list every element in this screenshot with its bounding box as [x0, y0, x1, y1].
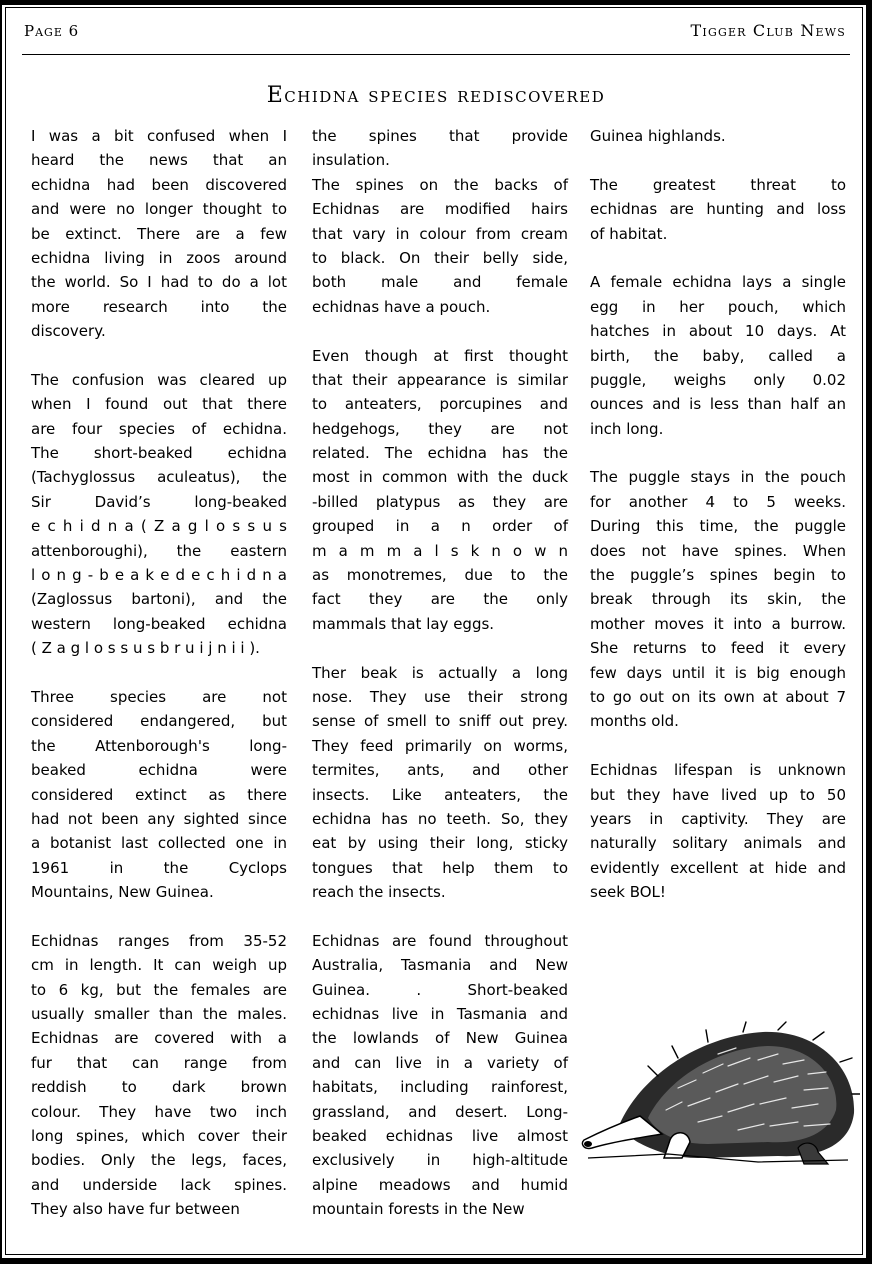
- text-line: echidna had been discovered: [31, 173, 287, 197]
- text-line: The greatest threat to: [590, 173, 846, 197]
- article-column-3: Guinea highlands.The greatest threat toe…: [590, 124, 846, 905]
- text-line: Guinea highlands.: [590, 124, 846, 148]
- text-line: eat by using their long, sticky: [312, 831, 568, 855]
- paragraph-spacer: [312, 319, 568, 343]
- text-line: mammals that lay eggs.: [312, 612, 568, 636]
- article-paragraph: The puggle stays in the pouchfor another…: [590, 465, 846, 733]
- text-line: more research into the: [31, 295, 287, 319]
- text-line: habitats, including rainforest,: [312, 1075, 568, 1099]
- text-line: alpine meadows and humid: [312, 1173, 568, 1197]
- text-line: considered extinct as there: [31, 783, 287, 807]
- text-line: insulation.: [312, 148, 568, 172]
- paragraph-spacer: [590, 734, 846, 758]
- text-line: when I found out that there: [31, 392, 287, 416]
- article-paragraph: Echidnas lifespan is unknownbut they hav…: [590, 758, 846, 904]
- text-line: egg in her pouch, which: [590, 295, 846, 319]
- text-line: to black. On their belly side,: [312, 246, 568, 270]
- text-line: Mountains, New Guinea.: [31, 880, 287, 904]
- text-line: both male and female: [312, 270, 568, 294]
- text-line: I was a bit confused when I: [31, 124, 287, 148]
- paragraph-spacer: [31, 905, 287, 929]
- text-line: seek BOL!: [590, 880, 846, 904]
- text-line: naturally solitary animals and: [590, 831, 846, 855]
- text-line: reach the insects.: [312, 880, 568, 904]
- echidna-illustration-icon: [578, 1018, 860, 1168]
- text-line: and underside lack spines.: [31, 1173, 287, 1197]
- text-line: the lowlands of New Guinea: [312, 1026, 568, 1050]
- text-line: beaked echidnas live almost: [312, 1124, 568, 1148]
- text-line: They feed primarily on worms,: [312, 734, 568, 758]
- text-line: that vary in colour from cream: [312, 222, 568, 246]
- text-line: cm in length. It can weigh up: [31, 953, 287, 977]
- text-line: They also have fur between: [31, 1197, 287, 1221]
- text-line: During this time, the puggle: [590, 514, 846, 538]
- article-paragraph: I was a bit confused when Iheard the new…: [31, 124, 287, 344]
- text-line: fur that can range from: [31, 1051, 287, 1075]
- text-line: evidently excellent at hide and: [590, 856, 846, 880]
- text-line: exclusively in high-altitude: [312, 1148, 568, 1172]
- text-line: puggle, weighs only 0.02: [590, 368, 846, 392]
- page-number-label: Page 6: [24, 22, 79, 40]
- paragraph-spacer: [31, 661, 287, 685]
- article-paragraph: The spines on the backs ofEchidnas are m…: [312, 173, 568, 319]
- text-line: beaked echidna were: [31, 758, 287, 782]
- text-line: echidnas live in Tasmania and: [312, 1002, 568, 1026]
- text-line: usually smaller than the males.: [31, 1002, 287, 1026]
- text-line: sense of smell to sniff out prey.: [312, 709, 568, 733]
- text-line: Even though at first thought: [312, 344, 568, 368]
- text-line: Echidnas lifespan is unknown: [590, 758, 846, 782]
- paragraph-spacer: [590, 148, 846, 172]
- text-line: and can live in a variety of: [312, 1051, 568, 1075]
- text-line: echidnas have a pouch.: [312, 295, 568, 319]
- text-line: a botanist last collected one in: [31, 831, 287, 855]
- newsletter-name: Tigger Club News: [691, 21, 846, 40]
- text-line: Three species are not: [31, 685, 287, 709]
- text-line: and were no longer thought to: [31, 197, 287, 221]
- text-line: grouped in a n order of: [312, 514, 568, 538]
- text-line: termites, ants, and other: [312, 758, 568, 782]
- text-line: fact they are the only: [312, 587, 568, 611]
- text-line: Australia, Tasmania and New: [312, 953, 568, 977]
- text-line: tongues that help them to: [312, 856, 568, 880]
- text-line: years in captivity. They are: [590, 807, 846, 831]
- text-line: for another 4 to 5 weeks.: [590, 490, 846, 514]
- text-line: bodies. Only the legs, faces,: [31, 1148, 287, 1172]
- header-divider: [22, 54, 850, 55]
- text-line: of habitat.: [590, 222, 846, 246]
- text-line: grassland, and desert. Long-: [312, 1100, 568, 1124]
- article-paragraph: Even though at first thoughtthat their a…: [312, 344, 568, 637]
- text-line: Sir David’s long-beaked: [31, 490, 287, 514]
- text-line: e c h i d n a ( Z a g l o s s u s: [31, 514, 287, 538]
- text-line: months old.: [590, 709, 846, 733]
- text-line: Echidnas are found throughout: [312, 929, 568, 953]
- text-line: The spines on the backs of: [312, 173, 568, 197]
- text-line: birth, the baby, called a: [590, 344, 846, 368]
- text-line: had not been any sighted since: [31, 807, 287, 831]
- text-line: few days until it is big enough: [590, 661, 846, 685]
- article-paragraph: The greatest threat toechidnas are hunti…: [590, 173, 846, 246]
- text-line: 1961 in the Cyclops: [31, 856, 287, 880]
- article-column-1: I was a bit confused when Iheard the new…: [31, 124, 287, 1222]
- text-line: most in common with the duck: [312, 465, 568, 489]
- text-line: Echidnas are covered with a: [31, 1026, 287, 1050]
- article-title: Echidna species rediscovered: [0, 83, 872, 108]
- text-line: as monotremes, due to the: [312, 563, 568, 587]
- text-line: Guinea. . Short-beaked: [312, 978, 568, 1002]
- text-line: to anteaters, porcupines and: [312, 392, 568, 416]
- text-line: Ther beak is actually a long: [312, 661, 568, 685]
- text-line: mountain forests in the New: [312, 1197, 568, 1221]
- text-line: inch long.: [590, 417, 846, 441]
- article-column-2: the spines that provideinsulation.The sp…: [312, 124, 568, 1222]
- text-line: ( Z a g l o s s u s b r u i j n i i ).: [31, 636, 287, 660]
- text-line: The confusion was cleared up: [31, 368, 287, 392]
- text-line: (Zaglossus bartoni), and the: [31, 587, 287, 611]
- text-line: A female echidna lays a single: [590, 270, 846, 294]
- text-line: (Tachyglossus aculeatus), the: [31, 465, 287, 489]
- article-paragraph: Echidnas ranges from 35-52cm in length. …: [31, 929, 287, 1222]
- text-line: but they have lived up to 50: [590, 783, 846, 807]
- text-line: does not have spines. When: [590, 539, 846, 563]
- article-paragraph: Ther beak is actually a longnose. They u…: [312, 661, 568, 905]
- text-line: She returns to feed it every: [590, 636, 846, 660]
- text-line: that their appearance is similar: [312, 368, 568, 392]
- text-line: insects. Like anteaters, the: [312, 783, 568, 807]
- text-line: are four species of echidna.: [31, 417, 287, 441]
- text-line: hatches in about 10 days. At: [590, 319, 846, 343]
- text-line: m a m m a l s k n o w n: [312, 539, 568, 563]
- article-paragraph: Echidnas are found throughoutAustralia, …: [312, 929, 568, 1222]
- text-line: to 6 kg, but the females are: [31, 978, 287, 1002]
- text-line: ounces and is less than half an: [590, 392, 846, 416]
- text-line: long spines, which cover their: [31, 1124, 287, 1148]
- text-line: echidna living in zoos around: [31, 246, 287, 270]
- text-line: to go out on its own at about 7: [590, 685, 846, 709]
- text-line: western long-beaked echidna: [31, 612, 287, 636]
- text-line: considered endangered, but: [31, 709, 287, 733]
- text-line: -billed platypus as they are: [312, 490, 568, 514]
- text-line: echidna has no teeth. So, they: [312, 807, 568, 831]
- text-line: break through its skin, the: [590, 587, 846, 611]
- text-line: The short-beaked echidna: [31, 441, 287, 465]
- text-line: echidnas are hunting and loss: [590, 197, 846, 221]
- text-line: the puggle’s spines begin to: [590, 563, 846, 587]
- text-line: heard the news that an: [31, 148, 287, 172]
- text-line: the spines that provide: [312, 124, 568, 148]
- paragraph-spacer: [312, 905, 568, 929]
- text-line: Echidnas ranges from 35-52: [31, 929, 287, 953]
- text-line: attenboroughi), the eastern: [31, 539, 287, 563]
- text-line: Echidnas are modified hairs: [312, 197, 568, 221]
- text-line: the Attenborough's long-: [31, 734, 287, 758]
- text-line: reddish to dark brown: [31, 1075, 287, 1099]
- paragraph-spacer: [31, 344, 287, 368]
- text-line: hedgehogs, they are not: [312, 417, 568, 441]
- text-line: discovery.: [31, 319, 287, 343]
- article-paragraph: Guinea highlands.: [590, 124, 846, 148]
- article-paragraph: Three species are notconsidered endanger…: [31, 685, 287, 905]
- text-line: the world. So I had to do a lot: [31, 270, 287, 294]
- text-line: The puggle stays in the pouch: [590, 465, 846, 489]
- text-line: mother moves it into a burrow.: [590, 612, 846, 636]
- paragraph-spacer: [312, 636, 568, 660]
- text-line: nose. They use their strong: [312, 685, 568, 709]
- text-line: be extinct. There are a few: [31, 222, 287, 246]
- text-line: colour. They have two inch: [31, 1100, 287, 1124]
- paragraph-spacer: [590, 246, 846, 270]
- article-paragraph: A female echidna lays a singleegg in her…: [590, 270, 846, 441]
- text-line: related. The echidna has the: [312, 441, 568, 465]
- article-paragraph: the spines that provideinsulation.: [312, 124, 568, 173]
- paragraph-spacer: [590, 441, 846, 465]
- article-paragraph: The confusion was cleared upwhen I found…: [31, 368, 287, 661]
- text-line: l o n g - b e a k e d e c h i d n a: [31, 563, 287, 587]
